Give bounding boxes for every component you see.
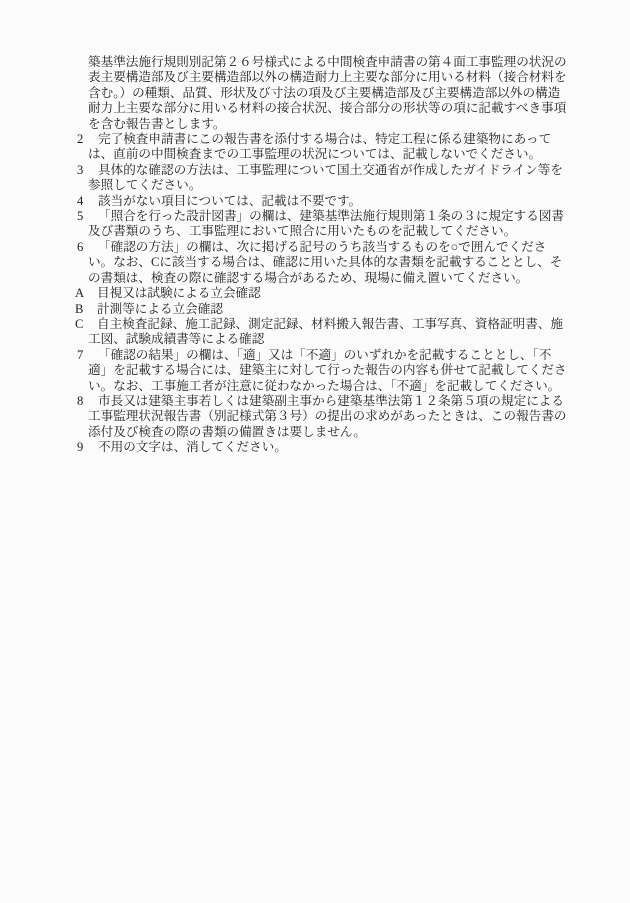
note-text: 「照合を行った設計図書」の欄は、建築基準法施行規則第１条の３に規定する図書及び書… (88, 209, 564, 238)
note-item-7: 7「確認の結果」の欄は、「適」又は「不適」のいずれかを記載することとし、「不適」… (88, 348, 570, 394)
document-page: 築基準法施行規則別記第２６号様式による中間検査申請書の第４面工事監理の状況の表主… (0, 0, 630, 903)
note-text: 該当がない項目については、記載は不要です。 (98, 194, 361, 208)
lead-continuation-paragraph: 築基準法施行規則別記第２６号様式による中間検査申請書の第４面工事監理の状況の表主… (88, 55, 570, 132)
notes-section: 築基準法施行規則別記第２６号様式による中間検査申請書の第４面工事監理の状況の表主… (88, 55, 570, 456)
note-text: 「確認の結果」の欄は、「適」又は「不適」のいずれかを記載することとし、「不適」を… (88, 348, 567, 393)
method-code-text: 計測等による立会確認 (97, 302, 223, 316)
note-number: 2 (77, 132, 98, 147)
note-item-4: 4該当がない項目については、記載は不要です。 (88, 194, 570, 209)
note-text: 不用の文字は、消してください。 (98, 440, 287, 454)
note-item-6: 6「確認の方法」の欄は、次に掲げる記号のうち該当するものを○で囲んでください。な… (88, 240, 570, 286)
note-number: 8 (77, 394, 98, 409)
method-code-item-a: A目視又は試験による立会確認 (88, 286, 570, 301)
note-item-8: 8市長又は建築主事若しくは建築副主事から建築基準法第１２条第５項の規定による工事… (88, 394, 570, 440)
method-code-item-b: B計測等による立会確認 (88, 302, 570, 317)
note-text: 完了検査申請書にこの報告書を添付する場合は、特定工程に係る建築物にあっては、直前… (88, 132, 551, 161)
method-code-label: C (75, 317, 97, 332)
note-number: 9 (77, 440, 98, 455)
note-item-5: 5「照合を行った設計図書」の欄は、建築基準法施行規則第１条の３に規定する図書及び… (88, 209, 570, 240)
note-text: 市長又は建築主事若しくは建築副主事から建築基準法第１２条第５項の規定による工事監… (88, 394, 566, 439)
note-number: 5 (77, 209, 98, 224)
method-code-item-c: C自主検査記録、施工記録、測定記録、材料搬入報告書、工事写真、資格証明書、施工図… (88, 317, 570, 348)
note-text: 「確認の方法」の欄は、次に掲げる記号のうち該当するものを○で囲んでください。なお… (88, 240, 562, 285)
note-number: 3 (77, 163, 98, 178)
method-code-label: B (75, 302, 97, 317)
note-item-2: 2完了検査申請書にこの報告書を添付する場合は、特定工程に係る建築物にあっては、直… (88, 132, 570, 163)
note-item-9: 9不用の文字は、消してください。 (88, 440, 570, 455)
note-number: 6 (77, 240, 98, 255)
note-number: 4 (77, 194, 98, 209)
method-code-text: 自主検査記録、施工記録、測定記録、材料搬入報告書、工事写真、資格証明書、施工図、… (88, 317, 563, 346)
note-text: 具体的な確認の方法は、工事監理について国土交通省が作成したガイドライン等を参照し… (88, 163, 563, 192)
note-number: 7 (77, 348, 98, 363)
method-code-text: 目視又は試験による立会確認 (97, 286, 261, 300)
method-code-label: A (75, 286, 97, 301)
note-item-3: 3具体的な確認の方法は、工事監理について国土交通省が作成したガイドライン等を参照… (88, 163, 570, 194)
